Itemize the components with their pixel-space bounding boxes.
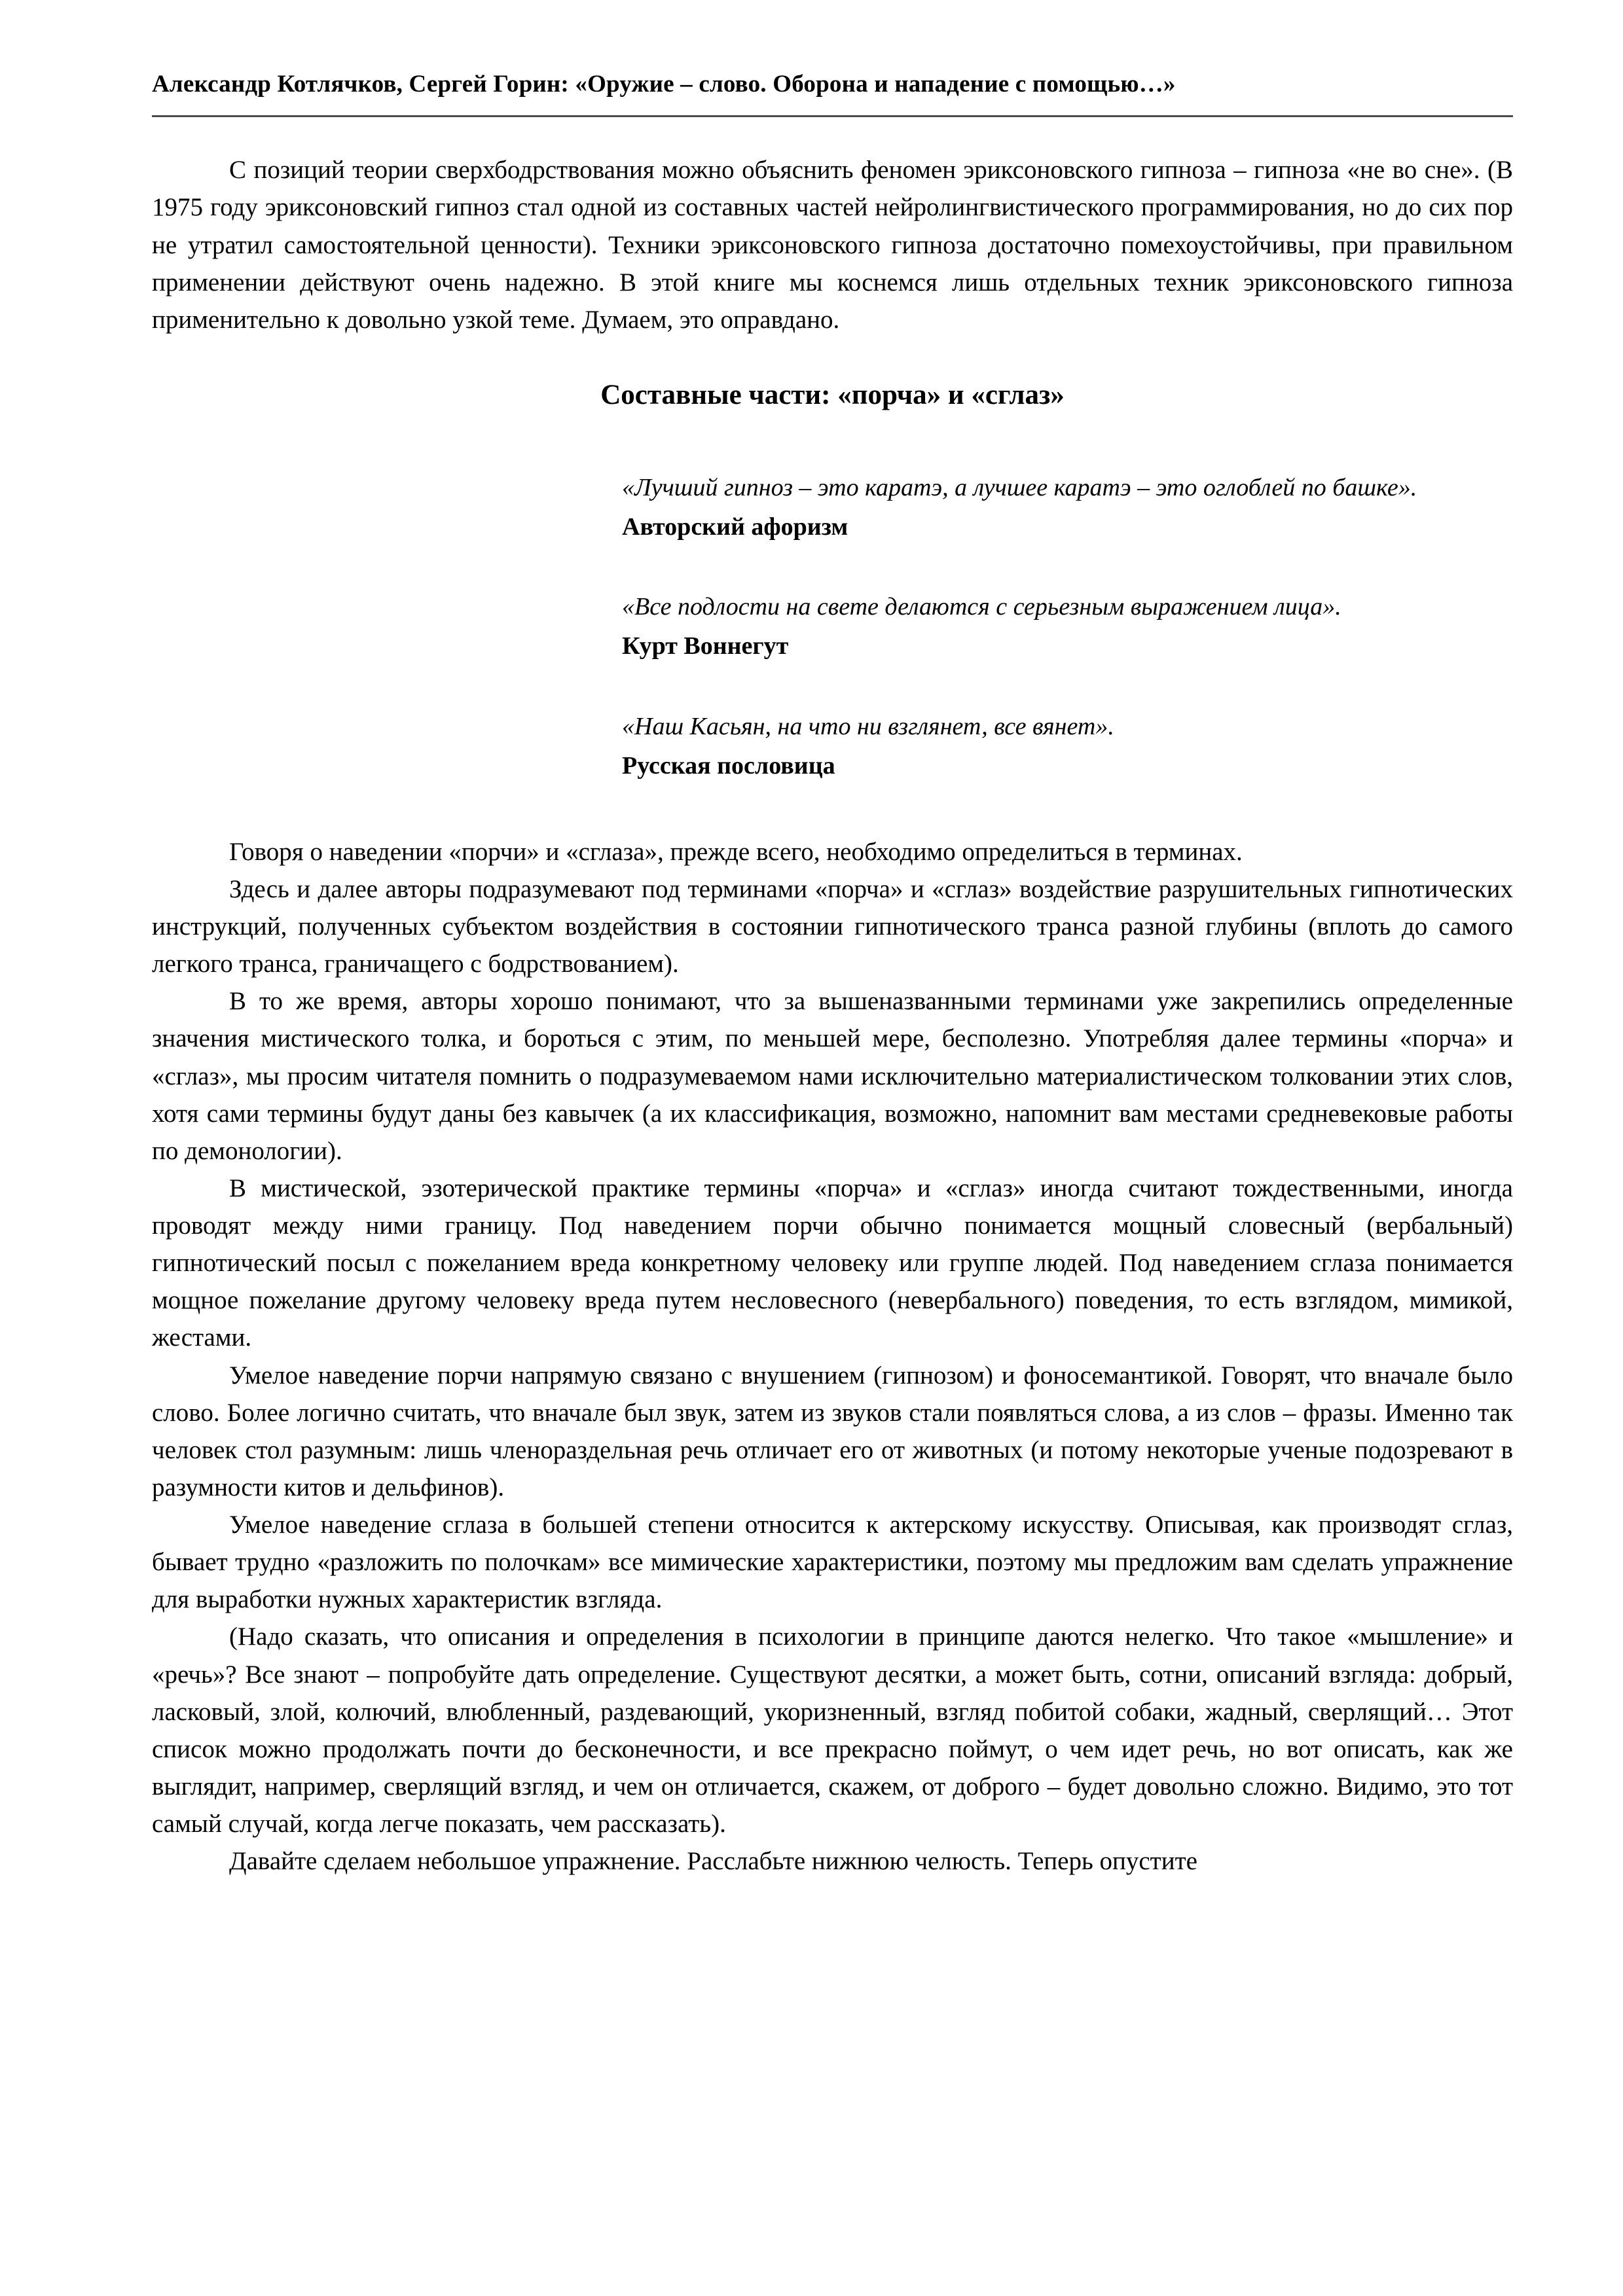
body-paragraph: Умелое наведение сглаза в большей степен… (152, 1506, 1513, 1618)
epigraph-attribution: Курт Воннегут (622, 630, 1513, 662)
epigraph-group: «Лучший гипноз – это каратэ, а лучшее ка… (152, 471, 1513, 782)
epigraph-quote: «Наш Касьян, на что ни взглянет, все вян… (622, 710, 1513, 743)
section-heading: Составные части: «порча» и «сглаз» (152, 379, 1513, 411)
body-paragraph: В то же время, авторы хорошо понимают, ч… (152, 982, 1513, 1170)
body-paragraph: В мистической, эзотерической практике те… (152, 1170, 1513, 1357)
running-header-title: Александр Котлячков, Сергей Горин: «Оруж… (152, 69, 1513, 117)
epigraph-vonnegut: «Все подлости на свете делаются с серьез… (622, 590, 1513, 662)
epigraph-attribution: Авторский афоризм (622, 511, 1513, 543)
body-paragraph: Здесь и далее авторы подразумевают под т… (152, 870, 1513, 982)
body-paragraph: (Надо сказать, что описания и определени… (152, 1618, 1513, 1842)
epigraph-attribution: Русская пословица (622, 749, 1513, 782)
epigraph-quote: «Лучший гипноз – это каратэ, а лучшее ка… (622, 471, 1513, 504)
epigraph-russian-proverb: «Наш Касьян, на что ни взглянет, все вян… (622, 710, 1513, 782)
epigraph-quote: «Все подлости на свете делаются с серьез… (622, 590, 1513, 623)
epigraph-author-aphorism: «Лучший гипноз – это каратэ, а лучшее ка… (622, 471, 1513, 543)
document-page: Александр Котлячков, Сергей Горин: «Оруж… (0, 0, 1623, 2296)
intro-paragraph: С позиций теории сверхбодрствования можн… (152, 151, 1513, 338)
document-body: С позиций теории сверхбодрствования можн… (152, 151, 1513, 1880)
body-paragraph: Умелое наведение порчи напрямую связано … (152, 1357, 1513, 1507)
body-paragraph: Говоря о наведении «порчи» и «сглаза», п… (152, 833, 1513, 870)
body-paragraph: Давайте сделаем небольшое упражнение. Ра… (152, 1842, 1513, 1880)
